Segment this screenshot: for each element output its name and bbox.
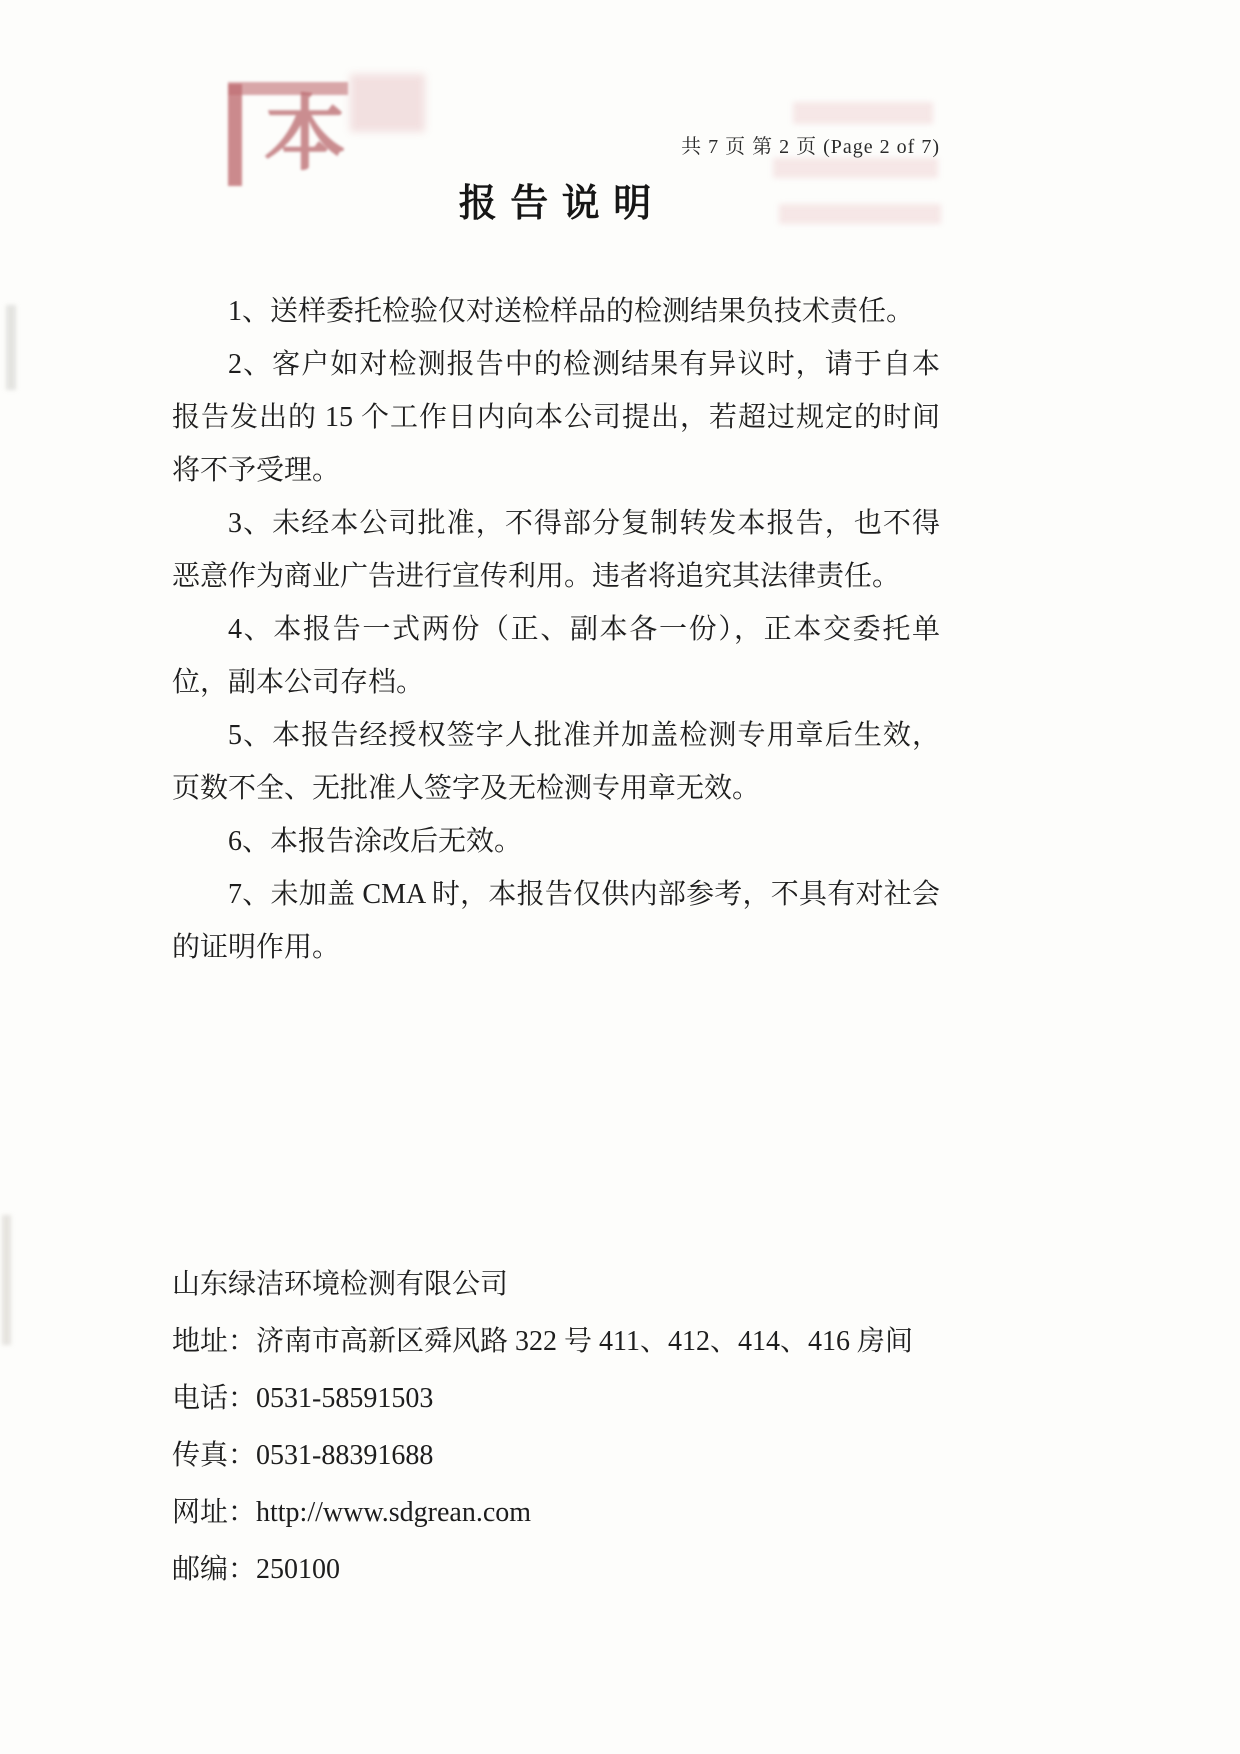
- page-title: 报 告 说 明: [172, 172, 940, 227]
- stamp-ink-blob: [350, 74, 425, 132]
- company-postal-code: 邮编：250100: [172, 1541, 972, 1598]
- note-paragraph-6: 6、本报告涂改后无效。: [172, 815, 940, 868]
- company-name: 山东绿洁环境检测有限公司: [172, 1256, 972, 1313]
- scanned-report-page: 本 共 7 页 第 2 页 (Page 2 of 7) 报 告 说 明 1、送样…: [0, 0, 1240, 1754]
- page-number: 共 7 页 第 2 页 (Page 2 of 7): [520, 130, 940, 159]
- note-paragraph-5: 5、本报告经授权签字人批准并加盖检测专用章后生效，页数不全、无批准人签字及无检测…: [172, 709, 940, 815]
- company-info-block: 山东绿洁环境检测有限公司 地址：济南市高新区舜风路 322 号 411、412、…: [172, 1256, 972, 1598]
- stamp-border-vertical: [228, 84, 242, 186]
- company-fax: 传真：0531-88391688: [172, 1427, 972, 1484]
- stamp-character-glyph: 本: [264, 90, 346, 180]
- scan-smudge: [2, 1215, 11, 1345]
- note-paragraph-7: 7、未加盖 CMA 时，本报告仅供内部参考，不具有对社会的证明作用。: [172, 868, 940, 974]
- company-address: 地址：济南市高新区舜风路 322 号 411、412、414、416 房间: [172, 1313, 972, 1370]
- company-phone: 电话：0531-58591503: [172, 1370, 972, 1427]
- stamp-faint-row: [793, 102, 933, 124]
- company-website: 网址：http://www.sdgrean.com: [172, 1484, 972, 1541]
- note-paragraph-2: 2、客户如对检测报告中的检测结果有异议时，请于自本报告发出的 15 个工作日内向…: [172, 338, 940, 497]
- scan-smudge: [6, 305, 16, 390]
- note-paragraph-3: 3、未经本公司批准，不得部分复制转发本报告，也不得恶意作为商业广告进行宣传利用。…: [172, 497, 940, 603]
- note-paragraph-4: 4、本报告一式两份（正、副本各一份），正本交委托单位，副本公司存档。: [172, 603, 940, 709]
- note-paragraph-1: 1、送样委托检验仅对送检样品的检测结果负技术责任。: [172, 285, 940, 338]
- report-notes: 1、送样委托检验仅对送检样品的检测结果负技术责任。 2、客户如对检测报告中的检测…: [172, 285, 940, 974]
